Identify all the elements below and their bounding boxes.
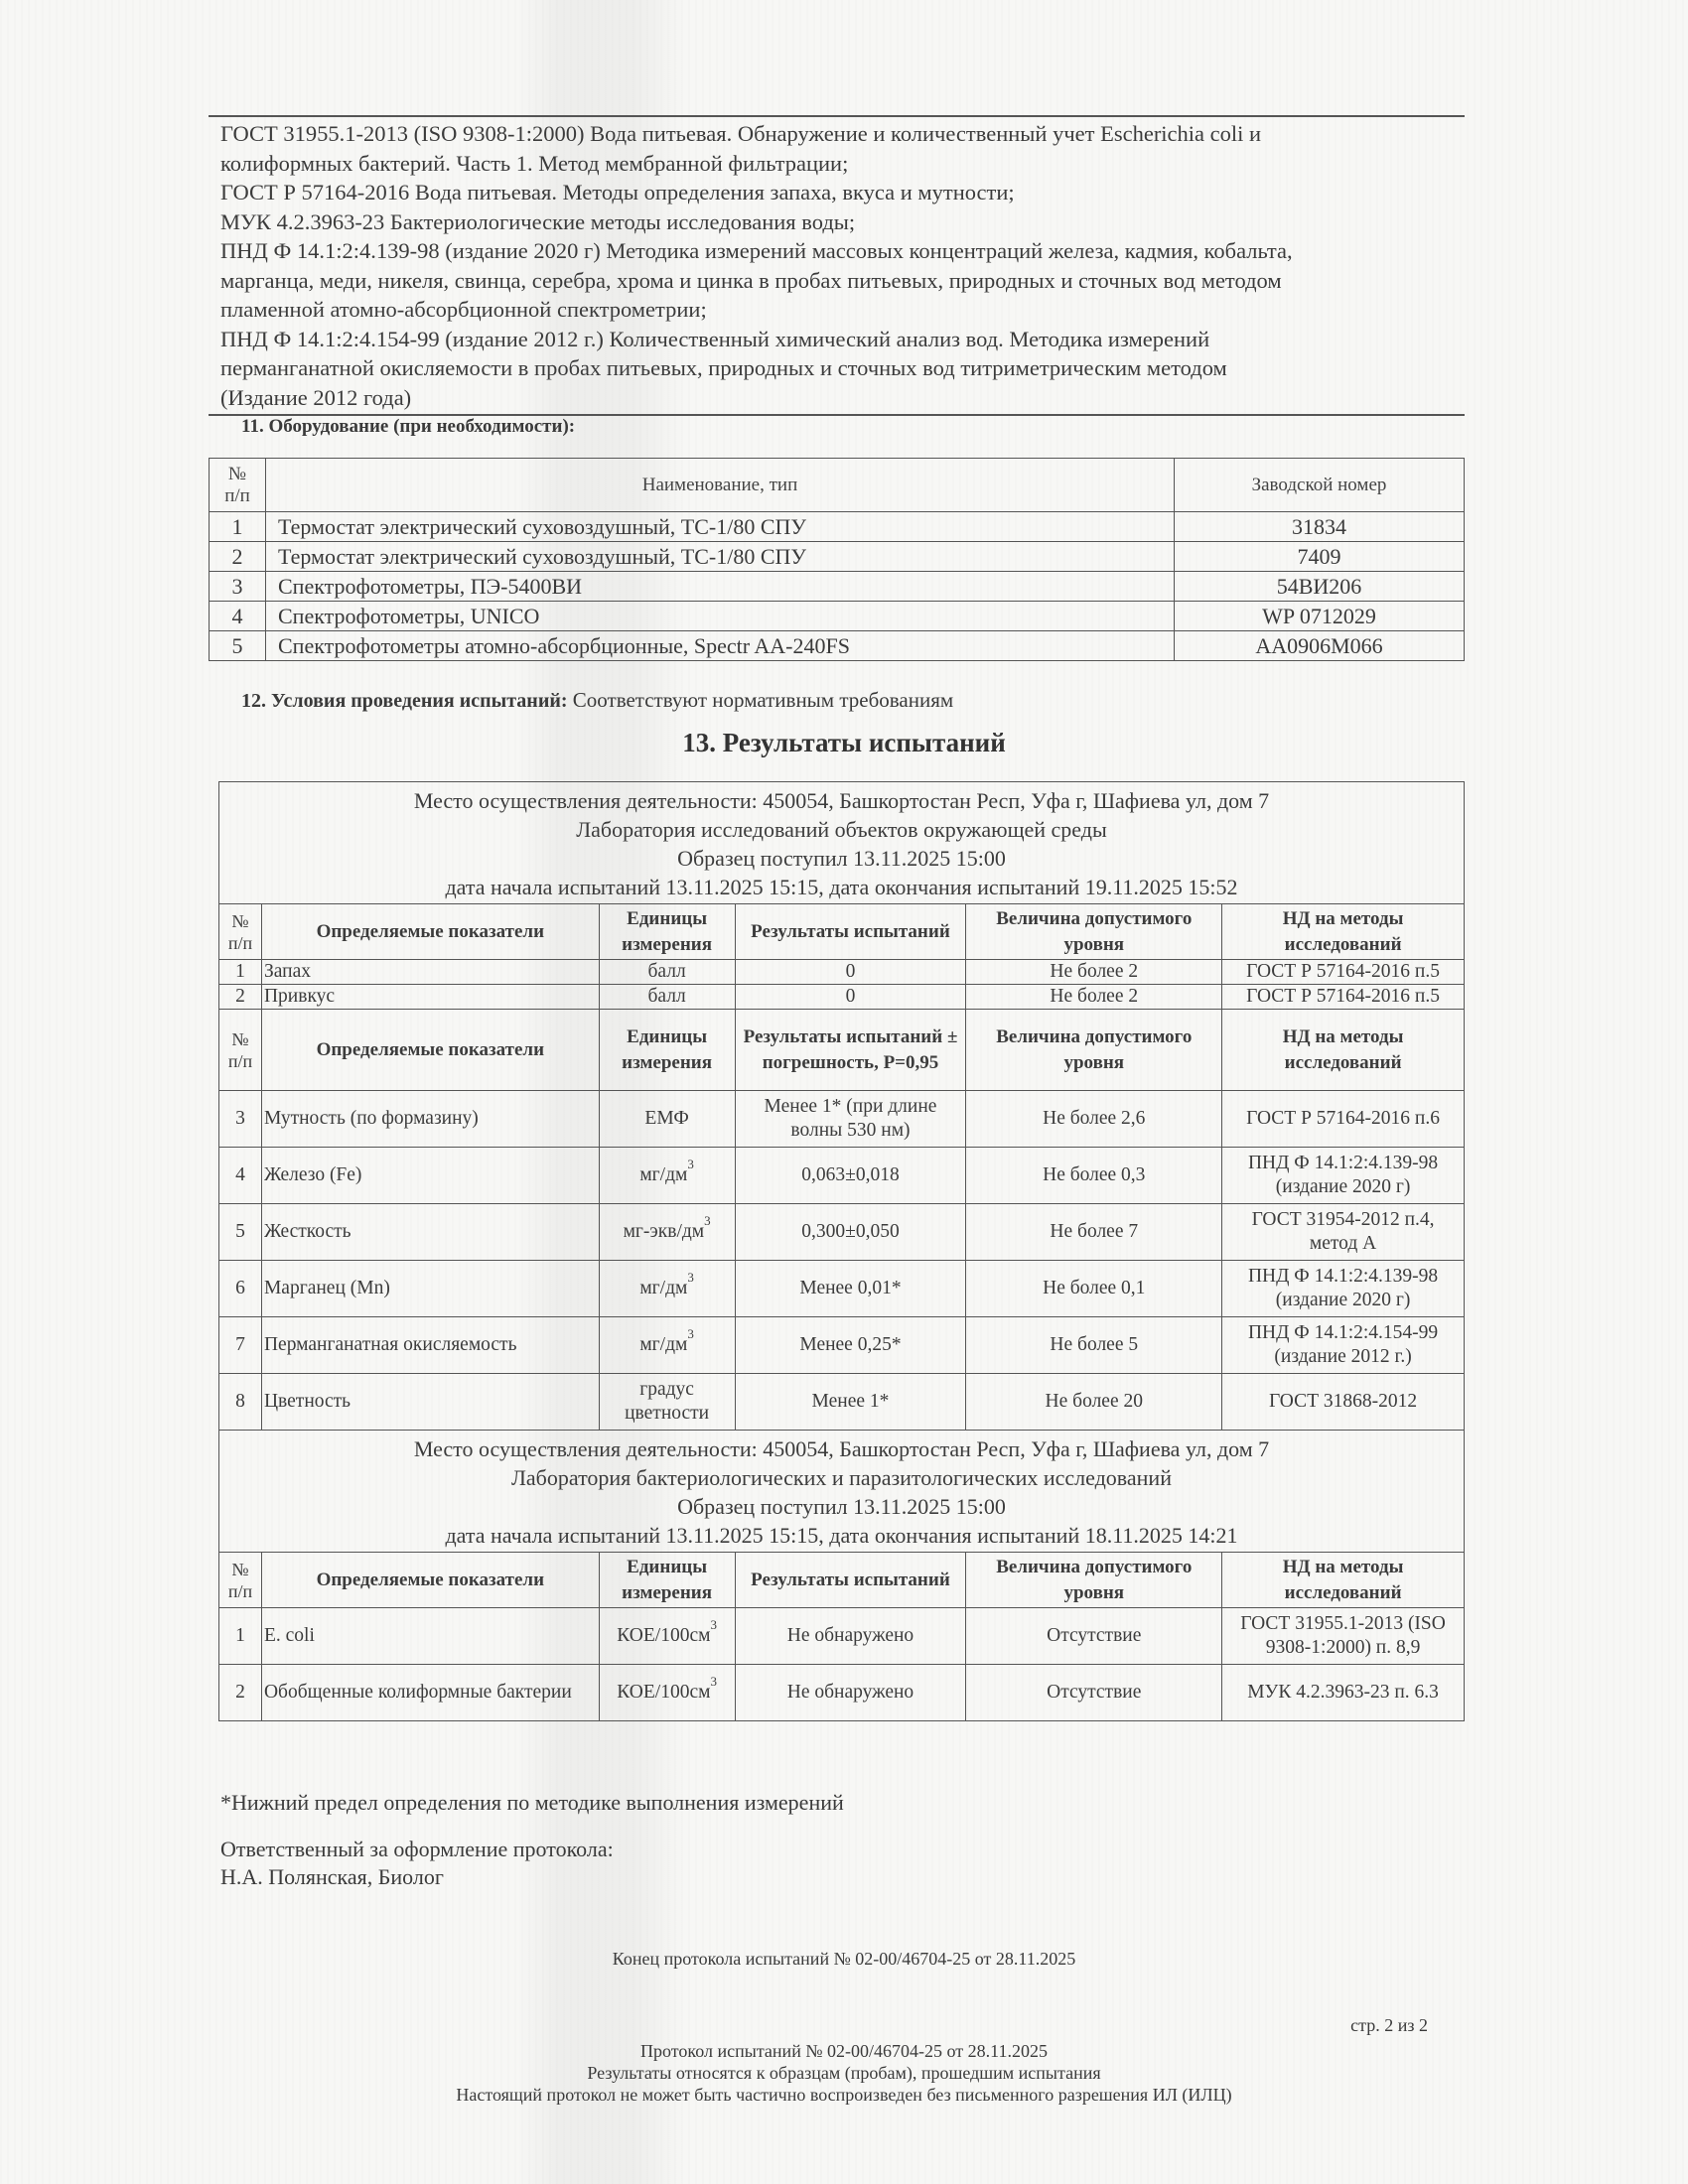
equipment-serial: 7409 xyxy=(1175,542,1465,572)
units-text: КОЕ/100см xyxy=(617,1625,710,1646)
section-13-title: 13. Результаты испытаний xyxy=(0,728,1688,758)
equipment-row: 4Спектрофотометры, UNICOWP 0712029 xyxy=(210,602,1465,631)
result-indicator: Марганец (Mn) xyxy=(261,1261,599,1317)
reference-line: марганца, меди, никеля, свинца, серебра,… xyxy=(220,266,1472,296)
header-indicator: Определяемые показатели xyxy=(261,904,599,960)
col-serial: Заводской номер xyxy=(1175,459,1465,512)
block-place: Место осуществления деятельности: 450054… xyxy=(219,786,1464,815)
result-units: балл xyxy=(599,960,735,985)
units-text: градус цветности xyxy=(625,1379,709,1424)
result-indicator: Жесткость xyxy=(261,1204,599,1261)
result-method: ГОСТ Р 57164-2016 п.5 xyxy=(1222,960,1465,985)
result-units: мг/дм3 xyxy=(599,1261,735,1317)
equipment-serial: 31834 xyxy=(1175,512,1465,542)
result-method: ГОСТ Р 57164-2016 п.6 xyxy=(1222,1091,1465,1148)
reference-line: МУК 4.2.3963-23 Бактериологические метод… xyxy=(220,207,1472,237)
result-row: 5Жесткостьмг-экв/дм30,300±0,050Не более … xyxy=(219,1204,1465,1261)
result-limit: Не более 0,3 xyxy=(966,1148,1222,1204)
result-row: 1E. coliКОЕ/100см3Не обнаруженоОтсутстви… xyxy=(219,1608,1465,1665)
result-num: 2 xyxy=(219,985,262,1010)
result-limit: Не более 2,6 xyxy=(966,1091,1222,1148)
equipment-num: 1 xyxy=(210,512,266,542)
units-superscript: 3 xyxy=(710,1674,717,1689)
end-of-protocol: Конец протокола испытаний № 02-00/46704-… xyxy=(0,1949,1688,1970)
result-num: 8 xyxy=(219,1374,262,1431)
result-method: ПНД Ф 14.1:2:4.154-99 (издание 2012 г.) xyxy=(1222,1317,1465,1374)
equipment-num: 5 xyxy=(210,631,266,661)
header-method: НД на методы исследований xyxy=(1222,904,1465,960)
equipment-serial: AA0906M066 xyxy=(1175,631,1465,661)
result-row: 2Обобщенные колиформные бактерииКОЕ/100с… xyxy=(219,1665,1465,1721)
lab-bact-info: Место осуществления деятельности: 450054… xyxy=(219,1431,1465,1553)
block-place: Место осуществления деятельности: 450054… xyxy=(219,1434,1464,1463)
results-table: Место осуществления деятельности: 450054… xyxy=(218,781,1465,1721)
responsible-name: Н.А. Полянская, Биолог xyxy=(220,1864,444,1890)
equipment-table: №п/п Наименование, тип Заводской номер 1… xyxy=(209,458,1465,661)
units-text: мг/дм xyxy=(639,1278,687,1298)
equipment-serial: 54ВИ206 xyxy=(1175,572,1465,602)
header-limit: Величина допустимого уровня xyxy=(966,904,1222,960)
results-header-row: № п/пОпределяемые показателиЕдиницы изме… xyxy=(219,1010,1465,1091)
footer-protocol-line: Протокол испытаний № 02-00/46704-25 от 2… xyxy=(0,2041,1688,2062)
reference-line: ГОСТ 31955.1-2013 (ISO 9308-1:2000) Вода… xyxy=(220,119,1472,149)
result-limit: Отсутствие xyxy=(966,1665,1222,1721)
result-result: 0,063±0,018 xyxy=(735,1148,966,1204)
header-result: Результаты испытаний xyxy=(735,1553,966,1608)
block-received: Образец поступил 13.11.2025 15:00 xyxy=(219,1492,1464,1521)
lab-env-info: Место осуществления деятельности: 450054… xyxy=(219,782,1465,904)
result-units: мг/дм3 xyxy=(599,1148,735,1204)
result-method: ПНД Ф 14.1:2:4.139-98 (издание 2020 г) xyxy=(1222,1261,1465,1317)
block-dates: дата начала испытаний 13.11.2025 15:15, … xyxy=(219,1521,1464,1550)
result-row: 2Привкусбалл0Не более 2ГОСТ Р 57164-2016… xyxy=(219,985,1465,1010)
result-result: Менее 0,01* xyxy=(735,1261,966,1317)
reference-line: перманганатной окисляемости в пробах пит… xyxy=(220,353,1472,383)
result-limit: Не более 20 xyxy=(966,1374,1222,1431)
result-num: 7 xyxy=(219,1317,262,1374)
responsible-label: Ответственный за оформление протокола: xyxy=(220,1837,614,1862)
section-11-heading: 11. Оборудование (при необходимости): xyxy=(241,416,575,438)
result-num: 1 xyxy=(219,960,262,985)
header-num: № п/п xyxy=(219,1010,262,1091)
results-header-row: № п/пОпределяемые показателиЕдиницы изме… xyxy=(219,904,1465,960)
equipment-num: 3 xyxy=(210,572,266,602)
footnote: *Нижний предел определения по методике в… xyxy=(220,1790,844,1816)
result-method: ГОСТ 31955.1-2013 (ISO 9308-1:2000) п. 8… xyxy=(1222,1608,1465,1665)
result-result: Менее 1* (при длине волны 530 нм) xyxy=(735,1091,966,1148)
equipment-name: Термостат электрический суховоздушный, Т… xyxy=(266,512,1175,542)
result-row: 6Марганец (Mn)мг/дм3Менее 0,01*Не более … xyxy=(219,1261,1465,1317)
result-indicator: Обобщенные колиформные бактерии xyxy=(261,1665,599,1721)
header-result: Результаты испытаний ± погрешность, Р=0,… xyxy=(735,1010,966,1091)
units-text: балл xyxy=(648,961,686,982)
result-units: градус цветности xyxy=(599,1374,735,1431)
result-units: мг-экв/дм3 xyxy=(599,1204,735,1261)
results-header-row: № п/пОпределяемые показателиЕдиницы изме… xyxy=(219,1553,1465,1608)
result-num: 2 xyxy=(219,1665,262,1721)
col-num-label: №п/п xyxy=(224,464,250,506)
equipment-row: 5Спектрофотометры атомно-абсорбционные, … xyxy=(210,631,1465,661)
units-text: ЕМФ xyxy=(644,1108,688,1129)
reference-line: ГОСТ Р 57164-2016 Вода питьевая. Методы … xyxy=(220,178,1472,207)
result-result: Не обнаружено xyxy=(735,1608,966,1665)
result-indicator: E. coli xyxy=(261,1608,599,1665)
reference-line: ПНД Ф 14.1:2:4.154-99 (издание 2012 г.) … xyxy=(220,325,1472,354)
header-units: Единицы измерения xyxy=(599,904,735,960)
result-indicator: Перманганатная окисляемость xyxy=(261,1317,599,1374)
units-superscript: 3 xyxy=(710,1617,717,1632)
equipment-row: 3Спектрофотометры, ПЭ-5400ВИ54ВИ206 xyxy=(210,572,1465,602)
footer-results-line: Результаты относятся к образцам (пробам)… xyxy=(0,2063,1688,2084)
reference-line: ПНД Ф 14.1:2:4.139-98 (издание 2020 г) М… xyxy=(220,236,1472,266)
result-result: Менее 1* xyxy=(735,1374,966,1431)
equipment-name: Термостат электрический суховоздушный, Т… xyxy=(266,542,1175,572)
units-text: балл xyxy=(648,986,686,1007)
section-12-value: Соответствуют нормативным требованиям xyxy=(568,688,954,712)
units-text: КОЕ/100см xyxy=(617,1682,710,1703)
reference-line: колиформных бактерий. Часть 1. Метод мем… xyxy=(220,149,1472,179)
result-num: 3 xyxy=(219,1091,262,1148)
result-num: 4 xyxy=(219,1148,262,1204)
result-method: ГОСТ 31868-2012 xyxy=(1222,1374,1465,1431)
header-indicator: Определяемые показатели xyxy=(261,1553,599,1608)
result-row: 1Запахбалл0Не более 2ГОСТ Р 57164-2016 п… xyxy=(219,960,1465,985)
result-units: КОЕ/100см3 xyxy=(599,1608,735,1665)
header-units: Единицы измерения xyxy=(599,1010,735,1091)
header-limit: Величина допустимого уровня xyxy=(966,1553,1222,1608)
block-received: Образец поступил 13.11.2025 15:00 xyxy=(219,844,1464,873)
equipment-name: Спектрофотометры, ПЭ-5400ВИ xyxy=(266,572,1175,602)
result-num: 1 xyxy=(219,1608,262,1665)
header-num: № п/п xyxy=(219,1553,262,1608)
result-limit: Не более 2 xyxy=(966,985,1222,1010)
result-units: мг/дм3 xyxy=(599,1317,735,1374)
equipment-row: 2Термостат электрический суховоздушный, … xyxy=(210,542,1465,572)
units-superscript: 3 xyxy=(687,1157,694,1171)
result-result: Менее 0,25* xyxy=(735,1317,966,1374)
equipment-num: 2 xyxy=(210,542,266,572)
result-limit: Не более 7 xyxy=(966,1204,1222,1261)
result-result: 0 xyxy=(735,960,966,985)
reference-line: (Издание 2012 года) xyxy=(220,383,1472,413)
footer-copyright-line: Настоящий протокол не может быть частичн… xyxy=(0,2085,1688,2106)
result-num: 6 xyxy=(219,1261,262,1317)
normative-references: ГОСТ 31955.1-2013 (ISO 9308-1:2000) Вода… xyxy=(220,119,1472,412)
result-units: ЕМФ xyxy=(599,1091,735,1148)
result-units: балл xyxy=(599,985,735,1010)
result-row: 4Железо (Fe)мг/дм30,063±0,018Не более 0,… xyxy=(219,1148,1465,1204)
result-limit: Не более 2 xyxy=(966,960,1222,985)
header-indicator: Определяемые показатели xyxy=(261,1010,599,1091)
result-units: КОЕ/100см3 xyxy=(599,1665,735,1721)
result-row: 7Перманганатная окисляемостьмг/дм3Менее … xyxy=(219,1317,1465,1374)
result-result: 0,300±0,050 xyxy=(735,1204,966,1261)
units-text: мг/дм xyxy=(639,1164,687,1185)
result-indicator: Мутность (по формазину) xyxy=(261,1091,599,1148)
result-row: 8Цветностьградус цветностиМенее 1*Не бол… xyxy=(219,1374,1465,1431)
equipment-name: Спектрофотометры, UNICO xyxy=(266,602,1175,631)
top-divider xyxy=(209,115,1465,117)
result-method: ГОСТ Р 57164-2016 п.5 xyxy=(1222,985,1465,1010)
page-number: стр. 2 из 2 xyxy=(1350,2015,1428,2036)
lab-env-info-cell: Место осуществления деятельности: 450054… xyxy=(219,782,1465,904)
col-num: №п/п xyxy=(210,459,266,512)
header-num: № п/п xyxy=(219,904,262,960)
header-limit: Величина допустимого уровня xyxy=(966,1010,1222,1091)
equipment-num: 4 xyxy=(210,602,266,631)
header-method: НД на методы исследований xyxy=(1222,1010,1465,1091)
equipment-serial: WP 0712029 xyxy=(1175,602,1465,631)
equipment-name: Спектрофотометры атомно-абсорбционные, S… xyxy=(266,631,1175,661)
block-dates: дата начала испытаний 13.11.2025 15:15, … xyxy=(219,873,1464,901)
result-method: МУК 4.2.3963-23 п. 6.3 xyxy=(1222,1665,1465,1721)
result-indicator: Запах xyxy=(261,960,599,985)
result-indicator: Железо (Fe) xyxy=(261,1148,599,1204)
result-limit: Отсутствие xyxy=(966,1608,1222,1665)
block-lab: Лаборатория исследований объектов окружа… xyxy=(219,815,1464,844)
header-method: НД на методы исследований xyxy=(1222,1553,1465,1608)
units-text: мг/дм xyxy=(639,1334,687,1355)
equipment-row: 1Термостат электрический суховоздушный, … xyxy=(210,512,1465,542)
section-11-heading-text: 11. Оборудование (при необходимости): xyxy=(241,416,575,437)
section-12-heading: 12. Условия проведения испытаний: Соотве… xyxy=(241,688,953,713)
units-superscript: 3 xyxy=(704,1213,711,1228)
result-method: ГОСТ 31954-2012 п.4, метод А xyxy=(1222,1204,1465,1261)
result-limit: Не более 5 xyxy=(966,1317,1222,1374)
units-superscript: 3 xyxy=(687,1326,694,1341)
result-indicator: Привкус xyxy=(261,985,599,1010)
result-row: 3Мутность (по формазину)ЕМФМенее 1* (при… xyxy=(219,1091,1465,1148)
result-limit: Не более 0,1 xyxy=(966,1261,1222,1317)
header-units: Единицы измерения xyxy=(599,1553,735,1608)
result-method: ПНД Ф 14.1:2:4.139-98 (издание 2020 г) xyxy=(1222,1148,1465,1204)
result-num: 5 xyxy=(219,1204,262,1261)
block-lab: Лаборатория бактериологических и паразит… xyxy=(219,1463,1464,1492)
equipment-header-row: №п/п Наименование, тип Заводской номер xyxy=(210,459,1465,512)
section-12-label: 12. Условия проведения испытаний: xyxy=(241,690,568,712)
result-indicator: Цветность xyxy=(261,1374,599,1431)
units-superscript: 3 xyxy=(687,1270,694,1285)
result-result: Не обнаружено xyxy=(735,1665,966,1721)
lab-bact-info-cell: Место осуществления деятельности: 450054… xyxy=(219,1431,1465,1553)
header-result: Результаты испытаний xyxy=(735,904,966,960)
col-name: Наименование, тип xyxy=(266,459,1175,512)
reference-line: пламенной атомно-абсорбционной спектроме… xyxy=(220,295,1472,325)
units-text: мг-экв/дм xyxy=(624,1221,705,1242)
result-result: 0 xyxy=(735,985,966,1010)
